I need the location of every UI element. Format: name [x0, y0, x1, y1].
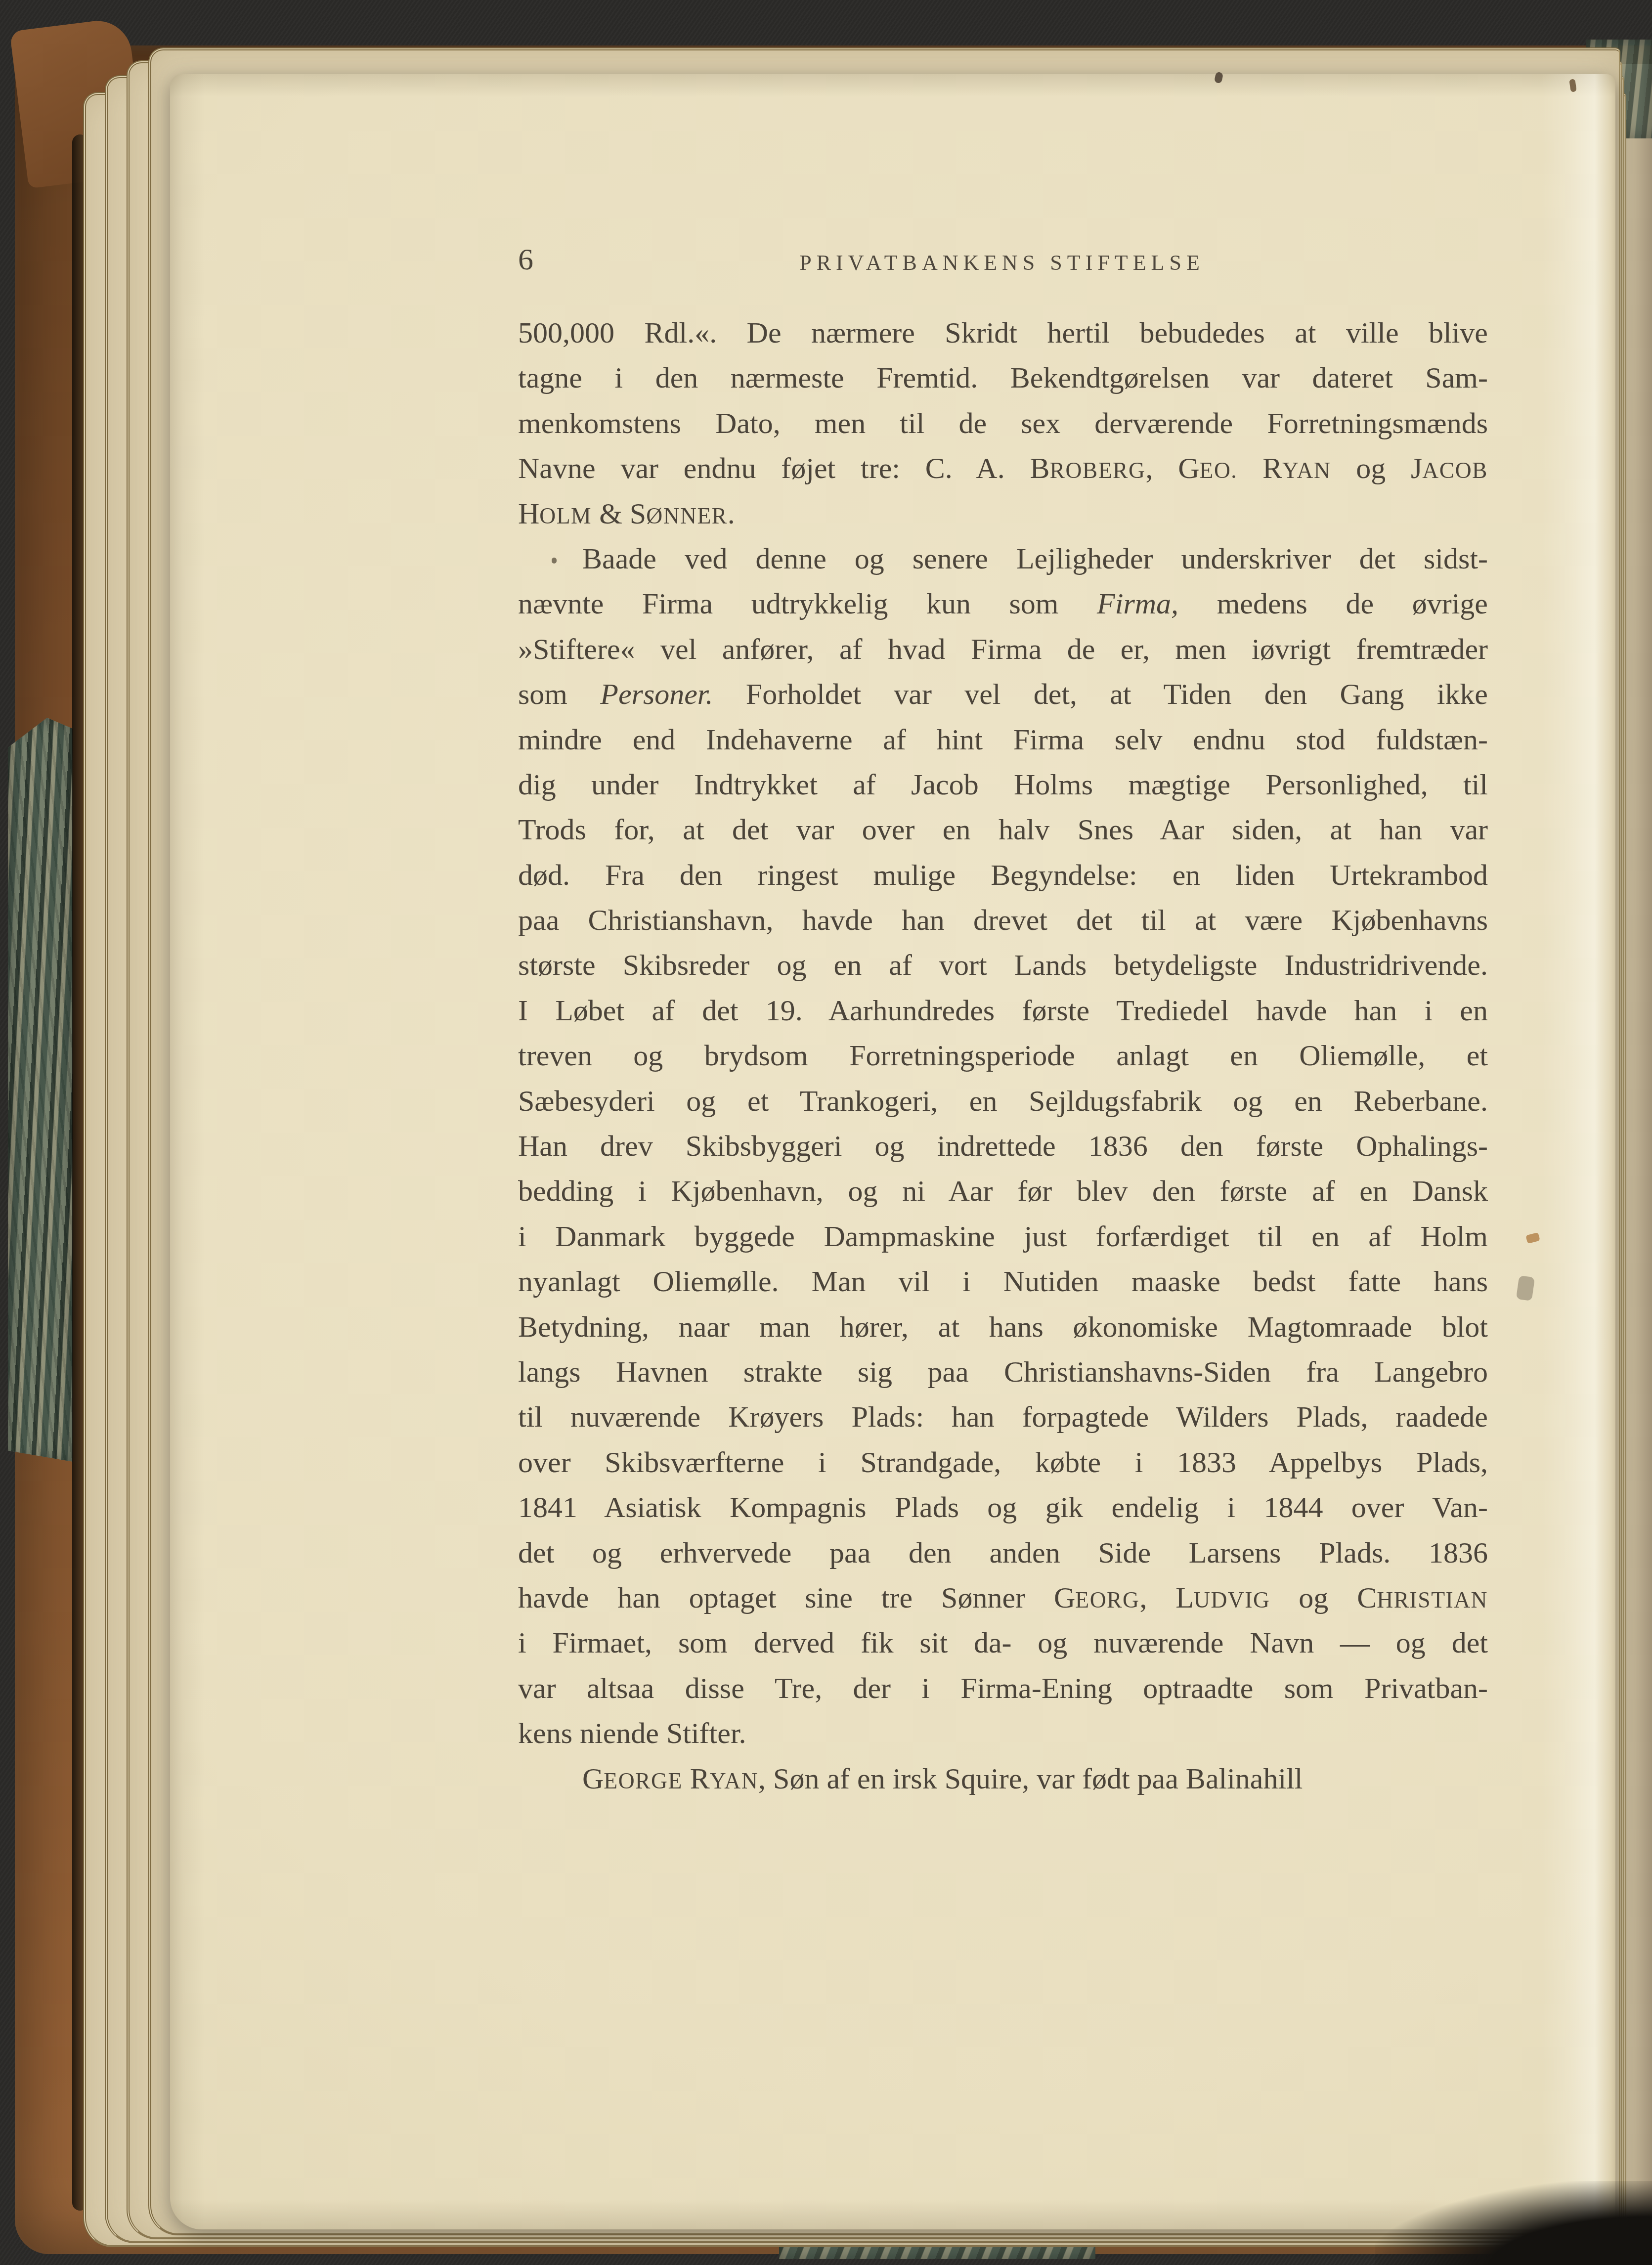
text-line: bedding i Kjøbenhavn, og ni Aar før blev…	[518, 1169, 1488, 1214]
running-header: PRIVATBANKENS STIFTELSE	[516, 251, 1488, 275]
text-line: Sæbesyderi og et Trankogeri, en Sejldugs…	[518, 1079, 1488, 1124]
ink-speck	[552, 558, 557, 564]
small-caps-name: HOLM	[518, 497, 592, 530]
small-caps-name: RYAN	[690, 1762, 758, 1795]
text-line: til nuværende Krøyers Plads: han forpagt…	[518, 1394, 1488, 1439]
text-line: Trods for, at det var over en halv Snes …	[518, 807, 1488, 852]
text-line: treven og brydsom Forretningsperiode anl…	[518, 1033, 1488, 1078]
book-scan: 6 PRIVATBANKENS STIFTELSE 500,000 Rdl.«.…	[0, 0, 1652, 2265]
text-line: kens niende Stifter.	[518, 1711, 1488, 1756]
text-line: Han drev Skibsbyggeri og indrettede 1836…	[518, 1124, 1488, 1169]
text-line: Betydning, naar man hører, at hans økono…	[518, 1305, 1488, 1350]
text-line: paa Christianshavn, havde han drevet det…	[518, 898, 1488, 943]
text-line: nyanlagt Oliemølle. Man vil i Nutiden ma…	[518, 1259, 1488, 1304]
small-caps-name: GEORGE	[582, 1762, 683, 1795]
text-line: nævnte Firma udtrykkelig kun som Firma, …	[518, 581, 1488, 626]
small-caps-name: LUDVIG	[1175, 1581, 1270, 1614]
small-caps-name: RYAN	[1262, 452, 1331, 484]
text-line: 500,000 Rdl.«. De nærmere Skridt hertil …	[518, 310, 1488, 355]
small-caps-name: JACOB	[1411, 452, 1488, 484]
body-text: 500,000 Rdl.«. De nærmere Skridt hertil …	[518, 310, 1488, 1801]
marbled-endpaper-left	[8, 718, 73, 1462]
text-line: som Personer. Forholdet var vel det, at …	[518, 672, 1488, 717]
text-line: menkomstens Dato, men til de sex dervære…	[518, 401, 1488, 446]
text-line: »Stiftere« vel anfører, af hvad Firma de…	[518, 627, 1488, 672]
small-caps-name: CHRISTIAN	[1357, 1581, 1488, 1614]
text-line: i Danmark byggede Dampmaskine just forfæ…	[518, 1214, 1488, 1259]
text-line: langs Havnen strakte sig paa Christiansh…	[518, 1350, 1488, 1394]
small-caps-name: GEORG	[1054, 1581, 1139, 1614]
text-line: største Skibsreder og en af vort Lands b…	[518, 943, 1488, 988]
text-line: død. Fra den ringest mulige Begyndelse: …	[518, 853, 1488, 898]
small-caps-name: SØNNER	[630, 497, 728, 530]
text-line: det og erhvervede paa den anden Side Lar…	[518, 1530, 1488, 1575]
text-line: I Løbet af det 19. Aarhundredes første T…	[518, 988, 1488, 1033]
text-line: mindre end Indehaverne af hint Firma sel…	[518, 717, 1488, 762]
text-line: HOLM & SØNNER.	[518, 491, 1488, 536]
italic-text: Firma,	[1097, 587, 1178, 620]
small-caps-name: GEO.	[1178, 452, 1237, 484]
text-line: tagne i den nærmeste Fremtid. Bekendtgør…	[518, 355, 1488, 400]
text-line: GEORGE RYAN, Søn af en irsk Squire, var …	[518, 1756, 1488, 1801]
text-line: Navne var endnu føjet tre: C. A. BROBERG…	[518, 446, 1488, 491]
italic-text: Personer.	[600, 678, 713, 710]
text-line: over Skibsværfterne i Strandgade, købte …	[518, 1440, 1488, 1485]
text-line: i Firmaet, som derved fik sit da- og nuv…	[518, 1620, 1488, 1665]
corner-shadow	[1375, 2181, 1652, 2265]
text-line: havde han optaget sine tre Sønner GEORG,…	[518, 1575, 1488, 1620]
small-caps-name: BROBERG	[1030, 452, 1145, 484]
book-page: 6 PRIVATBANKENS STIFTELSE 500,000 Rdl.«.…	[170, 74, 1615, 2229]
text-line: dig under Indtrykket af Jacob Holms mægt…	[518, 762, 1488, 807]
text-line: 1841 Asiatisk Kompagnis Plads og gik end…	[518, 1485, 1488, 1530]
text-line: var altsaa disse Tre, der i Firma-Ening …	[518, 1666, 1488, 1711]
text-line: Baade ved denne og senere Lejligheder un…	[518, 536, 1488, 581]
